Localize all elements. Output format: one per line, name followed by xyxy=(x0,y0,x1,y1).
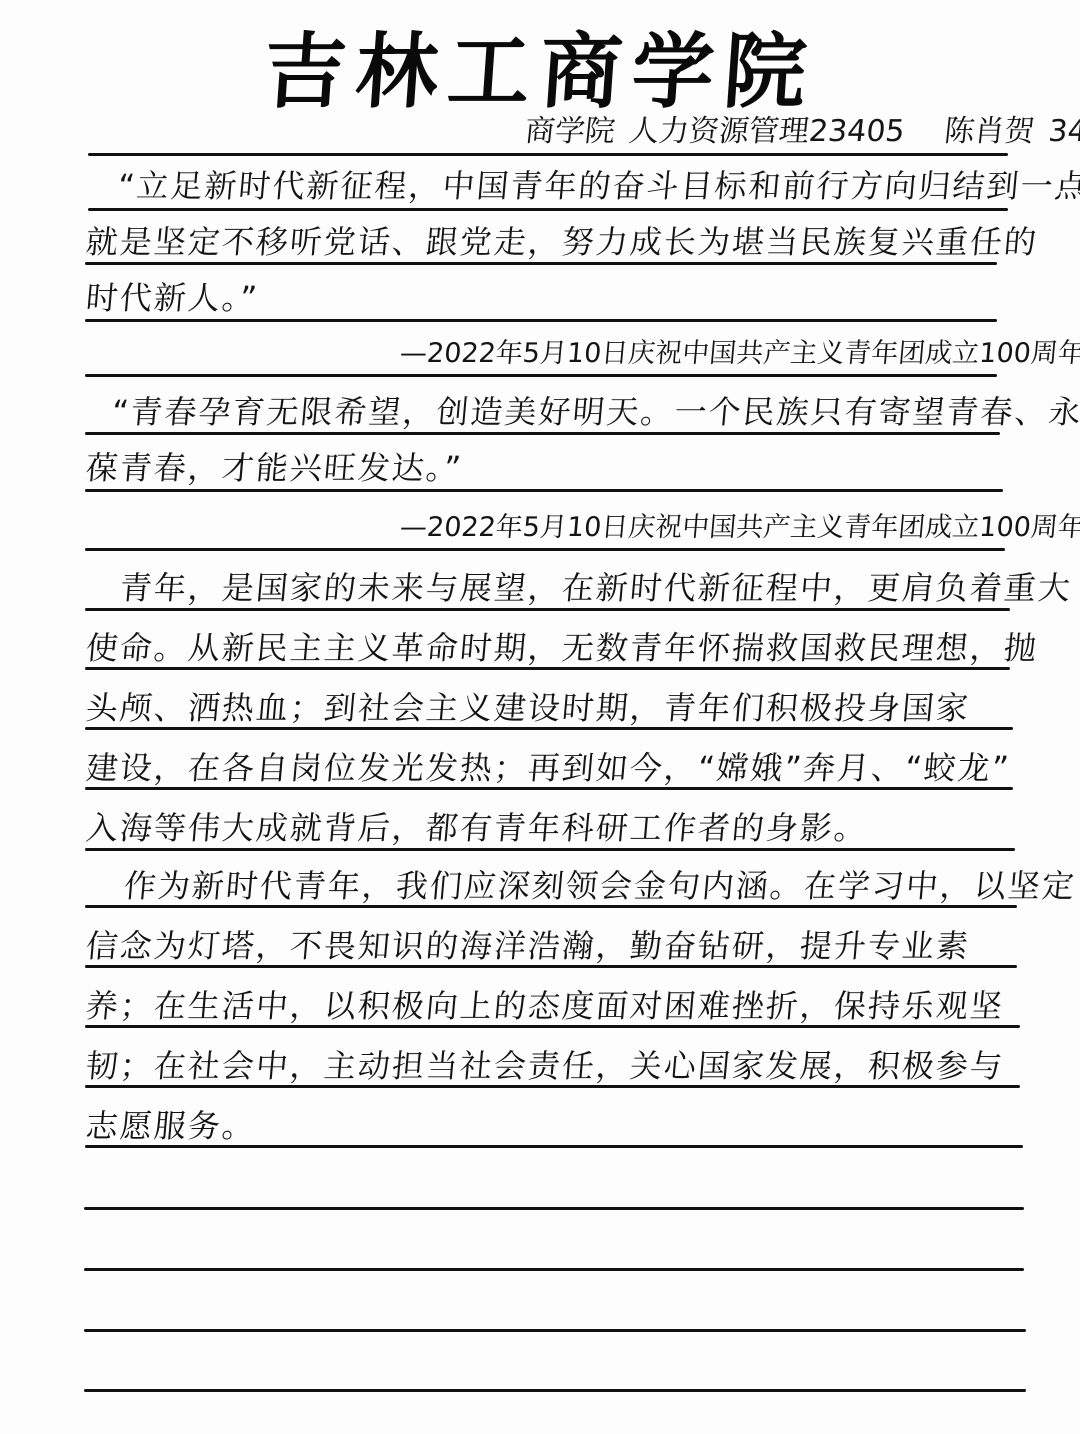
quote1-line: “立足新时代新征程，中国青年的奋斗目标和前行方向归结到一点， xyxy=(116,164,1080,208)
quote2-line: 葆青春，才能兴旺发达。” xyxy=(84,446,464,490)
paragraph1-line: 青年，是国家的未来与展望，在新时代新征程中，更肩负着重大 xyxy=(118,566,1074,610)
quote2-line: “青春孕育无限希望，创造美好明天。一个民族只有寄望青春、永 xyxy=(110,390,1080,434)
ruled-line xyxy=(88,208,1008,211)
college-name: 商学院 xyxy=(523,114,617,149)
student-number: 34 xyxy=(1047,114,1080,149)
ruled-line xyxy=(84,1207,1024,1210)
student-name: 陈肖贺 xyxy=(943,114,1037,149)
quote1-attribution: —2022年5月10日庆祝中国共产主义青年团成立100周年大会 xyxy=(398,332,1080,376)
paragraph1-line: 入海等伟大成就背后，都有青年科研工作者的身影。 xyxy=(84,806,870,850)
ruled-line xyxy=(84,1329,1026,1332)
paragraph2-line: 养；在生活中，以积极向上的态度面对困难挫折，保持乐观坚 xyxy=(84,984,1006,1028)
ruled-line xyxy=(84,1268,1024,1271)
paragraph1-line: 建设，在各自岗位发光发热；再到如今，“嫦娥”奔月、“蛟龙” xyxy=(84,746,1012,790)
page-title: 吉林工商学院 xyxy=(0,22,1080,122)
paragraph2-line: 信念为灯塔，不畏知识的海洋浩瀚，勤奋钻研，提升专业素 xyxy=(84,924,972,968)
paragraph2-line: 韧；在社会中，主动担当社会责任，关心国家发展，积极参与 xyxy=(84,1044,1006,1088)
author-byline: 商学院人力资源管理23405陈肖贺34 xyxy=(523,112,1080,152)
quote2-attribution: —2022年5月10日庆祝中国共产主义青年团成立100周年大会 xyxy=(398,506,1080,550)
quote1-line: 时代新人。” xyxy=(84,276,260,320)
quote1-line: 就是坚定不移听党话、跟党走，努力成长为堪当民族复兴重任的 xyxy=(84,220,1040,264)
ruled-line xyxy=(84,1389,1026,1392)
paragraph1-line: 使命。从新民主主义革命时期，无数青年怀揣救国救民理想，抛 xyxy=(84,626,1040,670)
handwritten-essay-page: 吉林工商学院 商学院人力资源管理23405陈肖贺34 “立足新时代新征程，中国青… xyxy=(0,0,1080,1434)
paragraph2-line: 作为新时代青年，我们应深刻领会金句内涵。在学习中，以坚定 xyxy=(122,864,1078,908)
ruled-line xyxy=(88,153,1008,156)
paragraph1-line: 头颅、洒热血；到社会主义建设时期，青年们积极投身国家 xyxy=(84,686,972,730)
class-name: 人力资源管理23405 xyxy=(627,114,906,149)
paragraph2-line: 志愿服务。 xyxy=(84,1104,258,1148)
